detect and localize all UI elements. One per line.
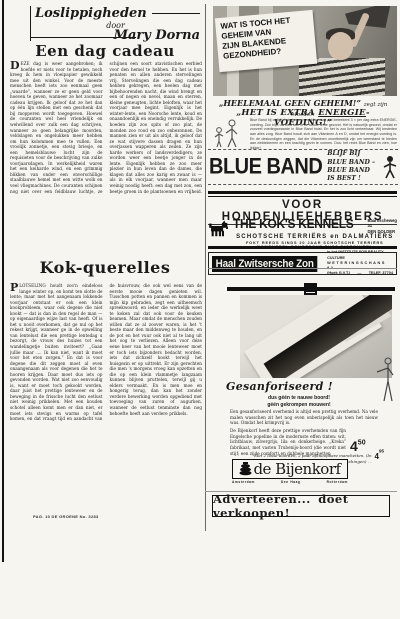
kennels-main: THE KOK'S KENNELS Baarnscheweg 31 DEN DO… bbox=[233, 216, 397, 245]
slogan-line2: BLUE BAND IS BEST ! bbox=[327, 167, 370, 182]
page-footer-line: PAG. 10 DE GROENE No. 3283 bbox=[33, 514, 99, 519]
kennels-street: Baarnscheweg 31 bbox=[367, 218, 397, 228]
blueband-body-row: Blue Band bij ontbijt, boterham en midda… bbox=[210, 118, 397, 148]
article1-body: DEZE dag is weer aangebroken; ik hoefde … bbox=[10, 61, 202, 253]
article2-body: PLOTSELING houdt zoo'n eindeloos lange w… bbox=[10, 283, 202, 507]
scottish-terrier-icon bbox=[208, 216, 229, 242]
zon-dash: — bbox=[358, 271, 362, 276]
masthead: Loslippigheden door Mary Dorna bbox=[30, 6, 200, 41]
price-secondary: 495 bbox=[375, 446, 384, 464]
masthead-author: Mary Dorna bbox=[31, 28, 200, 43]
print-edge-line bbox=[2, 0, 4, 562]
kennels-line1: SCHOTSCHE TERRIËRS en DALMATIËRS bbox=[233, 234, 397, 240]
zon-corner: (Hoek G.V.T.) bbox=[327, 271, 350, 276]
bijenkorf-ad: Gesanforiseerd ! dus géén te nauwe boord… bbox=[224, 283, 398, 490]
price-frac: 95 bbox=[379, 449, 384, 454]
shirt-photo bbox=[240, 295, 392, 378]
blueband-sign-card: WAT IS TOCH HET GEHEIM VAN ZIJN BLAKENDE… bbox=[215, 10, 317, 72]
boy-head bbox=[328, 32, 353, 60]
man-figure-icon bbox=[376, 357, 396, 403]
quote1-text: „HEELEMAAL GEEN GEHEIM!” bbox=[219, 98, 361, 108]
zwitsersche-zon-ad: Haal Zwitsersche Zon in het INSTITUTE FO… bbox=[208, 252, 397, 275]
article1-title: Een dag cadeau bbox=[8, 42, 202, 60]
zon-phone: TELEF. 37704 bbox=[369, 271, 393, 276]
zon-title: Haal Zwitsersche Zon bbox=[212, 256, 317, 272]
adverteeren-box: Adverteeren... doet verkoopen! bbox=[212, 495, 390, 517]
masthead-rule bbox=[152, 13, 200, 14]
blueband-logo-row: BLUE BAND BLIJF BIJ BLUE BAND – BLUE BAN… bbox=[208, 149, 398, 185]
bijenkorf-paragraph1: Een gesanforiseerd overhemd is altijd ee… bbox=[230, 409, 378, 426]
blueband-body-text: Blue Band bij ontbijt, boterham en midda… bbox=[250, 118, 397, 148]
subhead-line2: géén gekrompen mouwen! bbox=[234, 402, 364, 409]
newspaper-page: Loslippigheden door Mary Dorna Een dag c… bbox=[0, 0, 400, 619]
section-double-rule bbox=[208, 191, 397, 197]
kennels-name: THE KOK'S KENNELS bbox=[233, 216, 353, 231]
beehive-icon bbox=[239, 462, 252, 476]
slogan-line1: BLIJF BIJ BLUE BAND – bbox=[327, 150, 375, 165]
masthead-bottom-rule bbox=[31, 37, 136, 38]
bijenkorf-logo-box: de Bijenkorf bbox=[232, 459, 348, 479]
article2-title: Kok-querelles bbox=[8, 258, 202, 277]
bijenkorf-subheads: dus géén te nauwe boord! géén gekrompen … bbox=[234, 395, 364, 409]
article1-text: EZE dag is weer aangebroken; ik hoefde e… bbox=[10, 61, 202, 194]
subhead-line1: dus géén te nauwe boord! bbox=[234, 395, 364, 402]
kennels-address: Baarnscheweg 31 DEN DOLDER bbox=[367, 216, 397, 234]
blueband-brand: BLUE BAND bbox=[209, 154, 322, 179]
article2-dropcap: P bbox=[10, 283, 19, 292]
zon-details: in het INSTITUTE FOR BEAUTY CULTURE WETE… bbox=[327, 250, 393, 277]
bijenkorf-cities: Amsterdam Den Haag Rotterdam bbox=[232, 480, 348, 484]
quote2-energie: ENERGIE bbox=[318, 108, 366, 118]
blueband-slogans: BLIJF BIJ BLUE BAND – BLUE BAND IS BEST … bbox=[327, 150, 377, 183]
bijenkorf-logo-text: de Bijenkorf bbox=[253, 460, 340, 478]
city-amsterdam: Amsterdam bbox=[232, 480, 255, 484]
article2-text: LOTSELING houdt zoo'n eindeloos lange wi… bbox=[10, 283, 202, 421]
city-den-haag: Den Haag bbox=[281, 480, 301, 484]
gesanforiseerd-headline: Gesanforiseerd ! bbox=[226, 380, 333, 393]
kennels-line2: FOKT REEDS SINDS 20 JAAR SCHOTSCHE TERRI… bbox=[233, 241, 397, 245]
column-divider-rule bbox=[205, 4, 206, 531]
blueband-photo: WAT IS TOCH HET GEHEIM VAN ZIJN BLAKENDE… bbox=[213, 6, 397, 96]
zon-line2: WETERINGSCHANS 82 bbox=[327, 261, 393, 272]
section-thick-rule bbox=[208, 246, 397, 249]
kennels-ad: THE KOK'S KENNELS Baarnscheweg 31 DEN DO… bbox=[208, 216, 397, 245]
zon-line1: in het INSTITUTE FOR BEAUTY CULTURE bbox=[327, 250, 393, 261]
blueband-mascot-icon bbox=[382, 155, 397, 179]
quote2-part: „HET IS EXTRA bbox=[236, 108, 318, 118]
article1-dropcap: D bbox=[10, 61, 21, 70]
mother-child-illustration-icon bbox=[210, 118, 246, 148]
masthead-title: Loslippigheden bbox=[35, 6, 147, 21]
city-rotterdam: Rotterdam bbox=[327, 480, 348, 484]
section-hairline bbox=[208, 268, 397, 269]
